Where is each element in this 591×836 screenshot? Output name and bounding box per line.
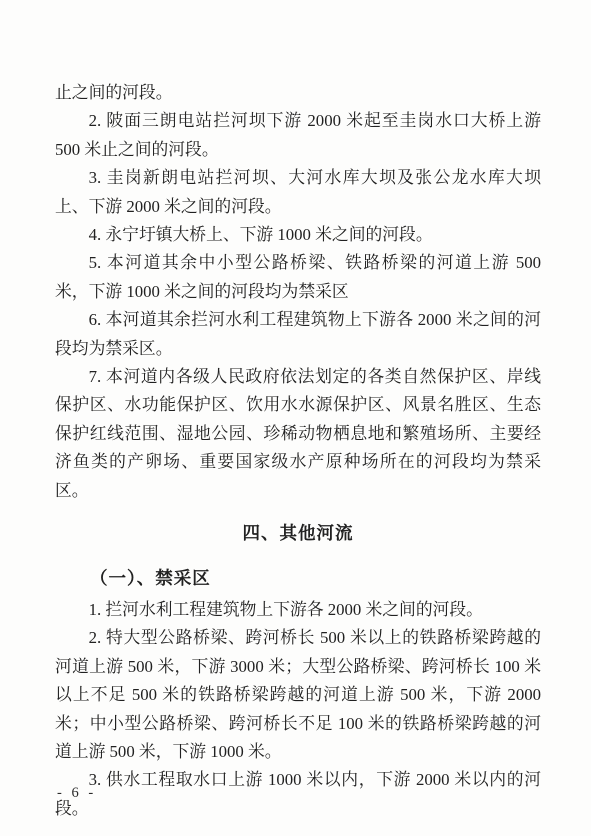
numbered-item-s4-1: 1. 拦河水利工程建筑物上下游各 2000 米之间的河段。	[55, 596, 541, 624]
numbered-item-3: 3. 圭岗新朗电站拦河坝、大河水库大坝及张公龙水库大坝上、下游 2000 米之间…	[55, 164, 541, 221]
continued-paragraph: 止之间的河段。	[55, 79, 541, 107]
numbered-item-5: 5. 本河道其余中小型公路桥梁、铁路桥梁的河道上游 500 米，下游 1000 …	[55, 249, 541, 306]
document-body: 止之间的河段。 2. 陂面三朗电站拦河坝下游 2000 米起至圭岗水口大桥上游 …	[55, 79, 541, 823]
document-page: 止之间的河段。 2. 陂面三朗电站拦河坝下游 2000 米起至圭岗水口大桥上游 …	[0, 0, 591, 836]
numbered-item-s4-2: 2. 特大型公路桥梁、跨河桥长 500 米以上的铁路桥梁跨越的河道上游 500 …	[55, 624, 541, 766]
section-heading: 四、其他河流	[55, 519, 541, 547]
subsection-heading: （一）、禁采区	[55, 564, 541, 592]
numbered-item-4: 4. 永宁圩镇大桥上、下游 1000 米之间的河段。	[55, 221, 541, 249]
numbered-item-6: 6. 本河道其余拦河水利工程建筑物上下游各 2000 米之间的河段均为禁采区。	[55, 306, 541, 363]
numbered-item-2: 2. 陂面三朗电站拦河坝下游 2000 米起至圭岗水口大桥上游 500 米止之间…	[55, 107, 541, 164]
numbered-item-s4-3: 3. 供水工程取水口上游 1000 米以内，下游 2000 米以内的河段。	[55, 766, 541, 823]
numbered-item-7: 7. 本河道内各级人民政府依法划定的各类自然保护区、岸线保护区、水功能保护区、饮…	[55, 363, 541, 505]
page-number: - 6 -	[57, 783, 96, 803]
